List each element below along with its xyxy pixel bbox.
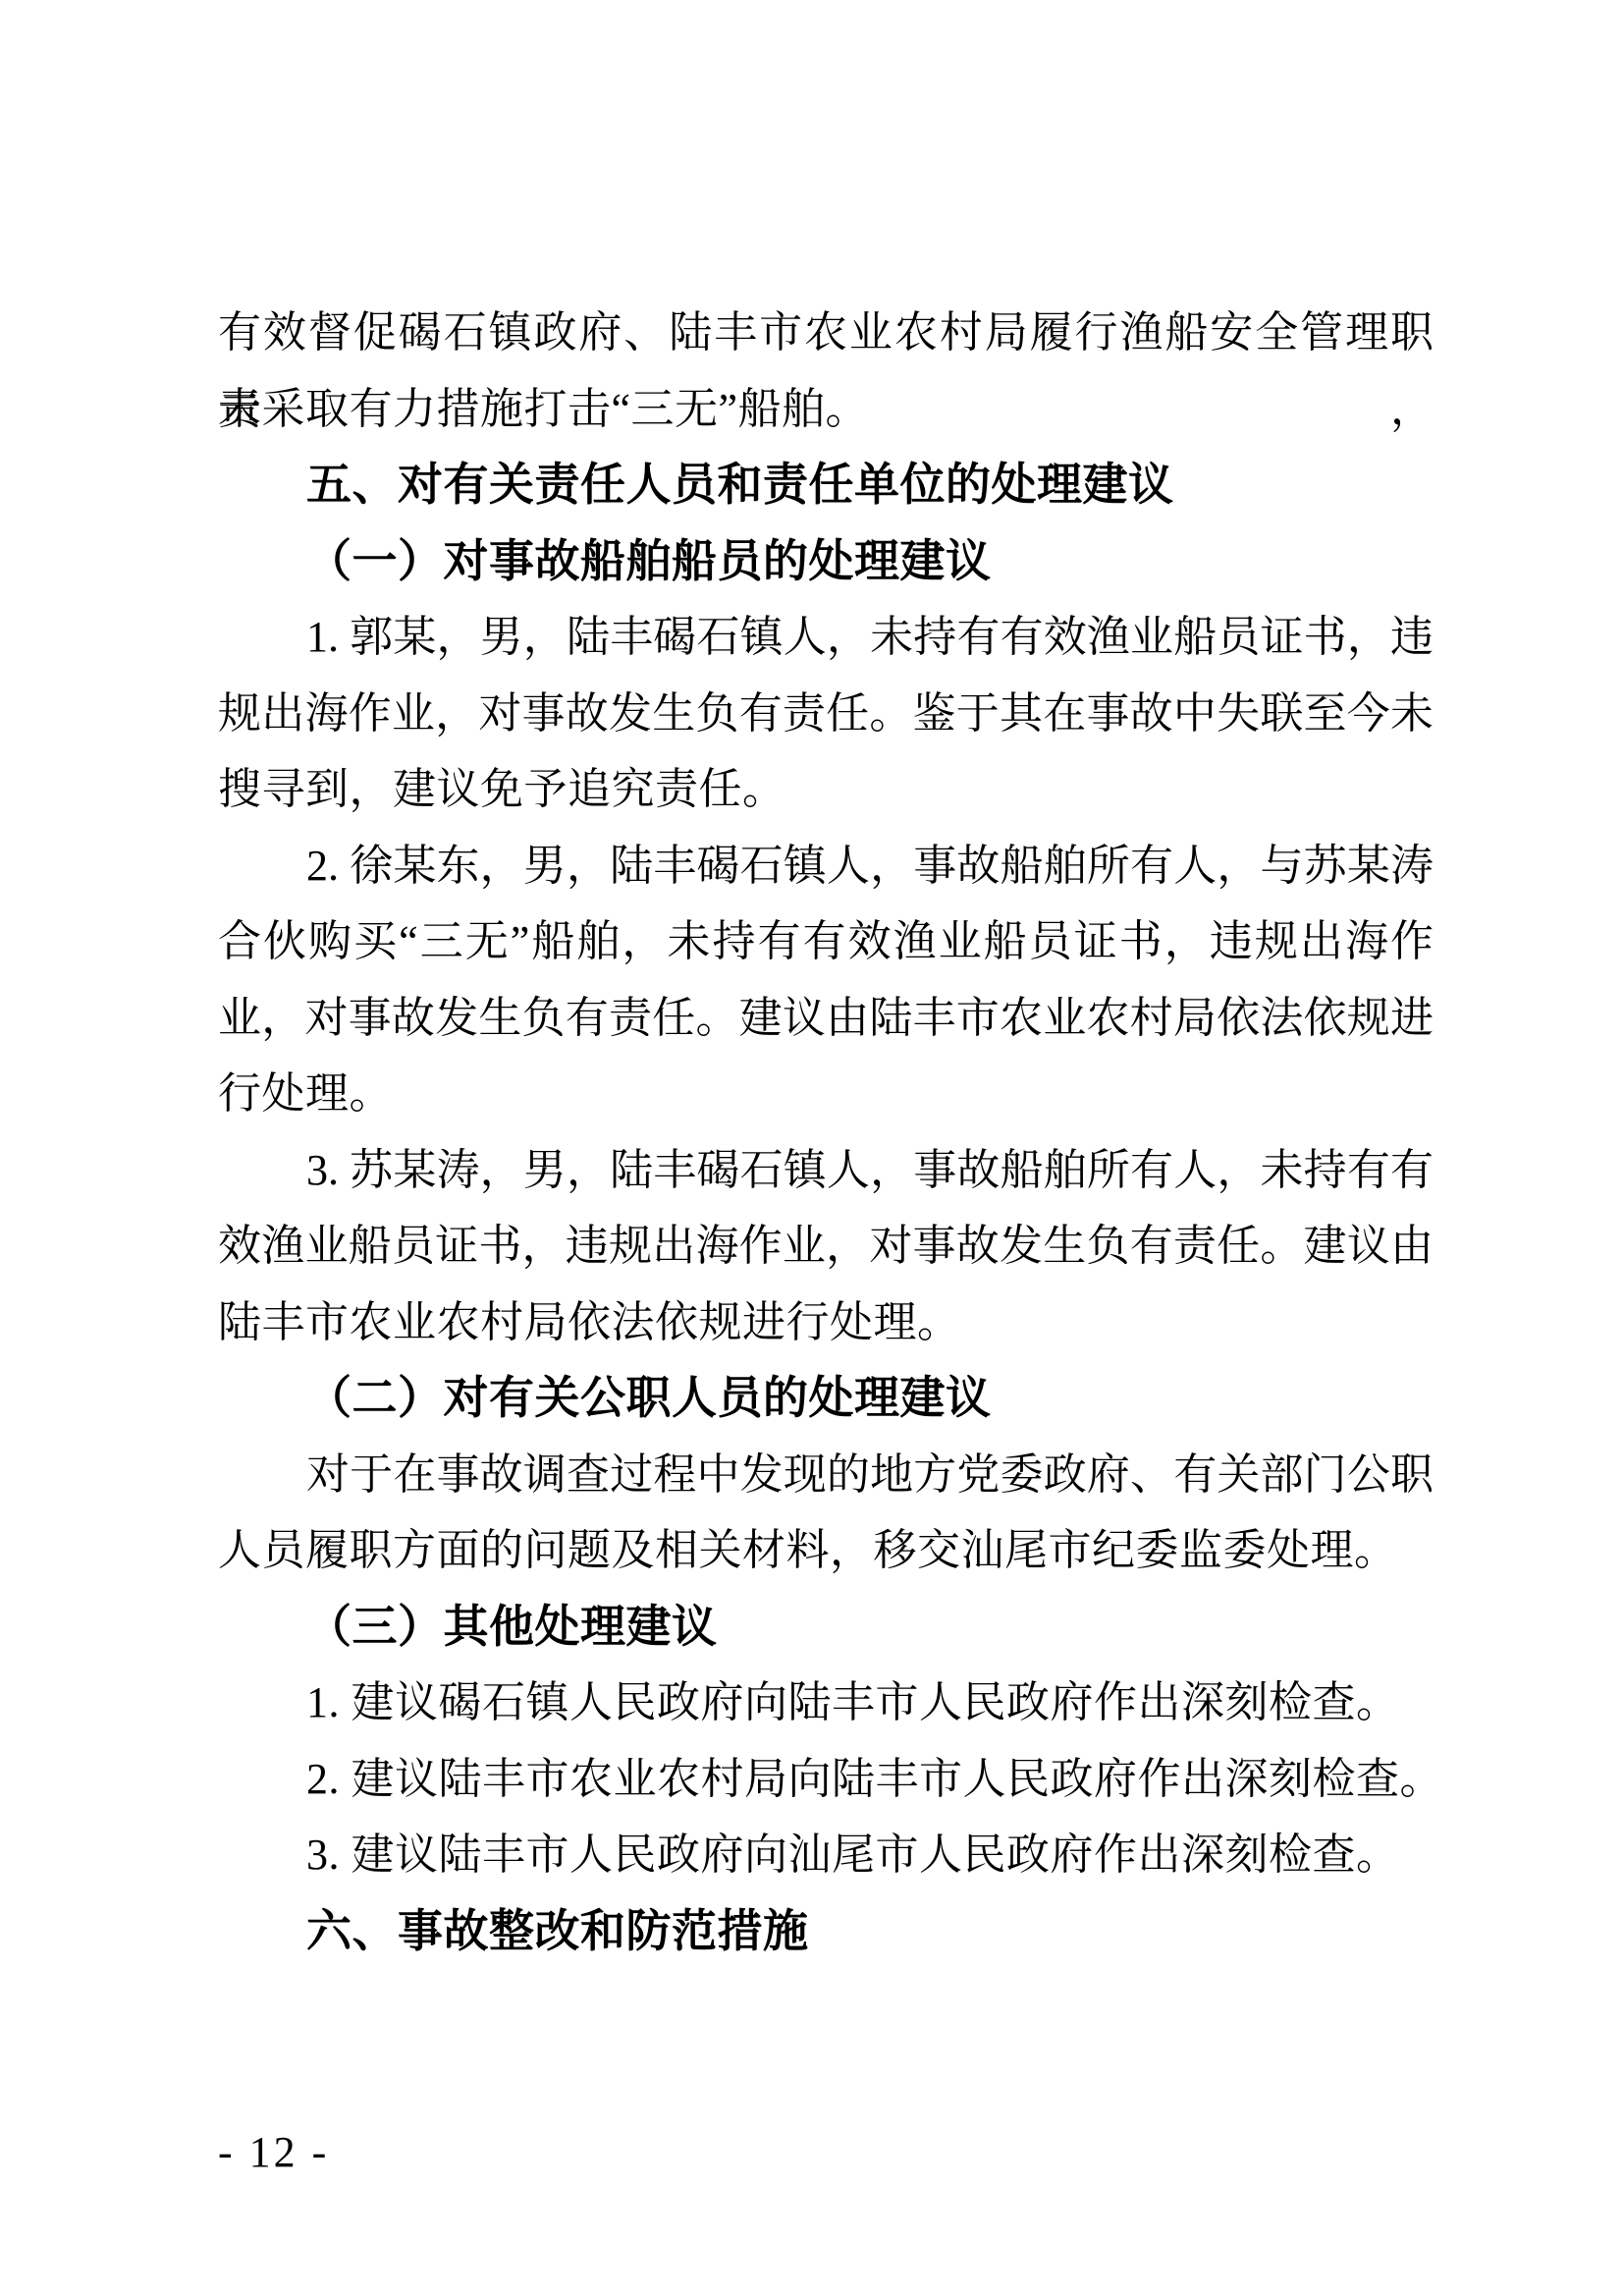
document-body: 有效督促碣石镇政府、陆丰市农业农村局履行渔船安全管理职责，未采取有力措施打击“三… — [218, 295, 1434, 1969]
document-line: 2. 建议陆丰市农业农村局向陆丰市人民政府作出深刻检查。 — [218, 1741, 1434, 1818]
document-line: 对于在事故调查过程中发现的地方党委政府、有关部门公职 — [218, 1437, 1434, 1513]
document-line: 人员履职方面的问题及相关材料，移交汕尾市纪委监委处理。 — [218, 1512, 1434, 1589]
document-heading: 五、对有关责任人员和责任单位的处理建议 — [218, 447, 1434, 523]
document-line: 3. 苏某涛，男，陆丰碣石镇人，事故船舶所有人，未持有有 — [218, 1132, 1434, 1209]
document-line: 业，对事故发生负有责任。建议由陆丰市农业农村局依法依规进 — [218, 980, 1434, 1057]
document-line: 3. 建议陆丰市人民政府向汕尾市人民政府作出深刻检查。 — [218, 1817, 1434, 1893]
document-line: 1. 郭某，男，陆丰碣石镇人，未持有有效渔业船员证书，违 — [218, 599, 1434, 676]
document-line: 规出海作业，对事故发生负有责任。鉴于其在事故中失联至今未 — [218, 676, 1434, 752]
page-number: - 12 - — [218, 2123, 329, 2182]
document-page: 有效督促碣石镇政府、陆丰市农业农村局履行渔船安全管理职责，未采取有力措施打击“三… — [0, 0, 1623, 2296]
document-heading: （二）对有关公职人员的处理建议 — [218, 1360, 1434, 1437]
document-line: 陆丰市农业农村局依法依规进行处理。 — [218, 1285, 1434, 1361]
document-line: 搜寻到，建议免予追究责任。 — [218, 751, 1434, 828]
document-line: 有效督促碣石镇政府、陆丰市农业农村局履行渔船安全管理职责， — [218, 295, 1434, 371]
document-heading: （一）对事故船舶船员的处理建议 — [218, 523, 1434, 600]
document-heading: 六、事故整改和防范措施 — [218, 1893, 1434, 1970]
document-line: 合伙购买“三无”船舶，未持有有效渔业船员证书，违规出海作 — [218, 903, 1434, 980]
document-heading: （三）其他处理建议 — [218, 1589, 1434, 1666]
document-line: 行处理。 — [218, 1056, 1434, 1132]
document-line: 1. 建议碣石镇人民政府向陆丰市人民政府作出深刻检查。 — [218, 1665, 1434, 1741]
document-line: 效渔业船员证书，违规出海作业，对事故发生负有责任。建议由 — [218, 1208, 1434, 1285]
document-line: 2. 徐某东，男，陆丰碣石镇人，事故船舶所有人，与苏某涛 — [218, 828, 1434, 904]
